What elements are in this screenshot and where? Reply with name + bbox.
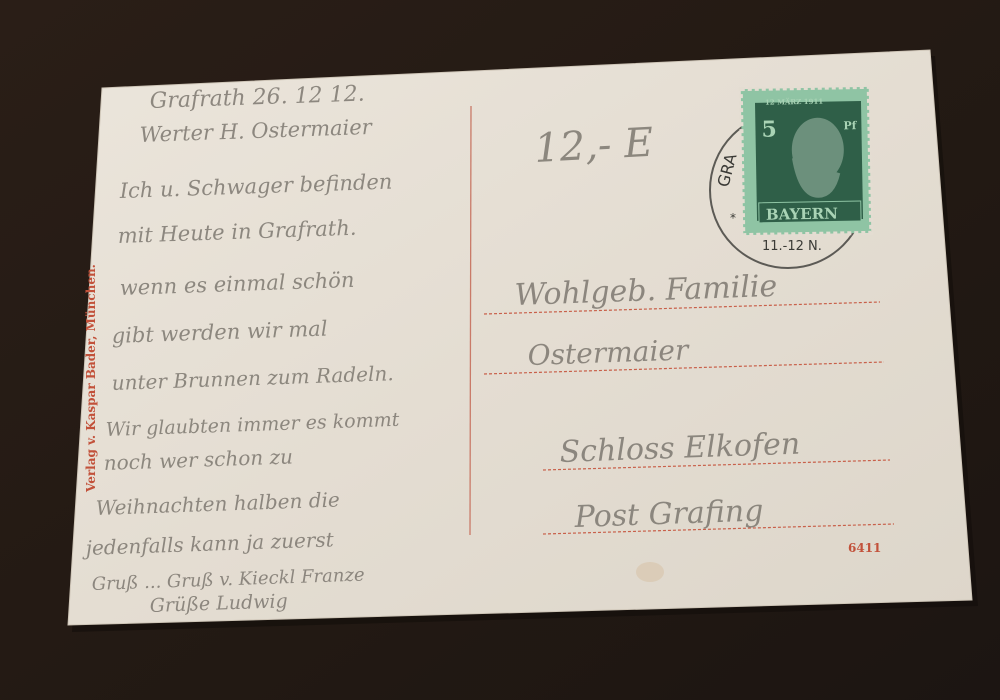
address-line: Post Grafing (573, 493, 764, 535)
price-annotation: 12,- E (533, 120, 654, 172)
publisher-imprint: Verlag v. Kaspar Bader, München. (84, 264, 98, 493)
postage-stamp: 12 MÄRZ 1911 5 Pf BAYERN (741, 87, 872, 235)
stamp-top-legend: 12 MÄRZ 1911 (765, 97, 823, 107)
photo-scene: Verlag v. Kaspar Bader, München. 6411 Gr… (0, 0, 1000, 700)
postmark-date: 11.-12 N. (762, 239, 822, 254)
postmark-star: * (730, 211, 736, 225)
card-number: 6411 (848, 541, 881, 555)
stain (636, 562, 664, 582)
address-line: Ostermaier (527, 333, 690, 372)
stamp-value: 5 (761, 117, 777, 143)
stamp-unit: Pf (843, 119, 857, 132)
stamp-country: BAYERN (766, 204, 838, 223)
